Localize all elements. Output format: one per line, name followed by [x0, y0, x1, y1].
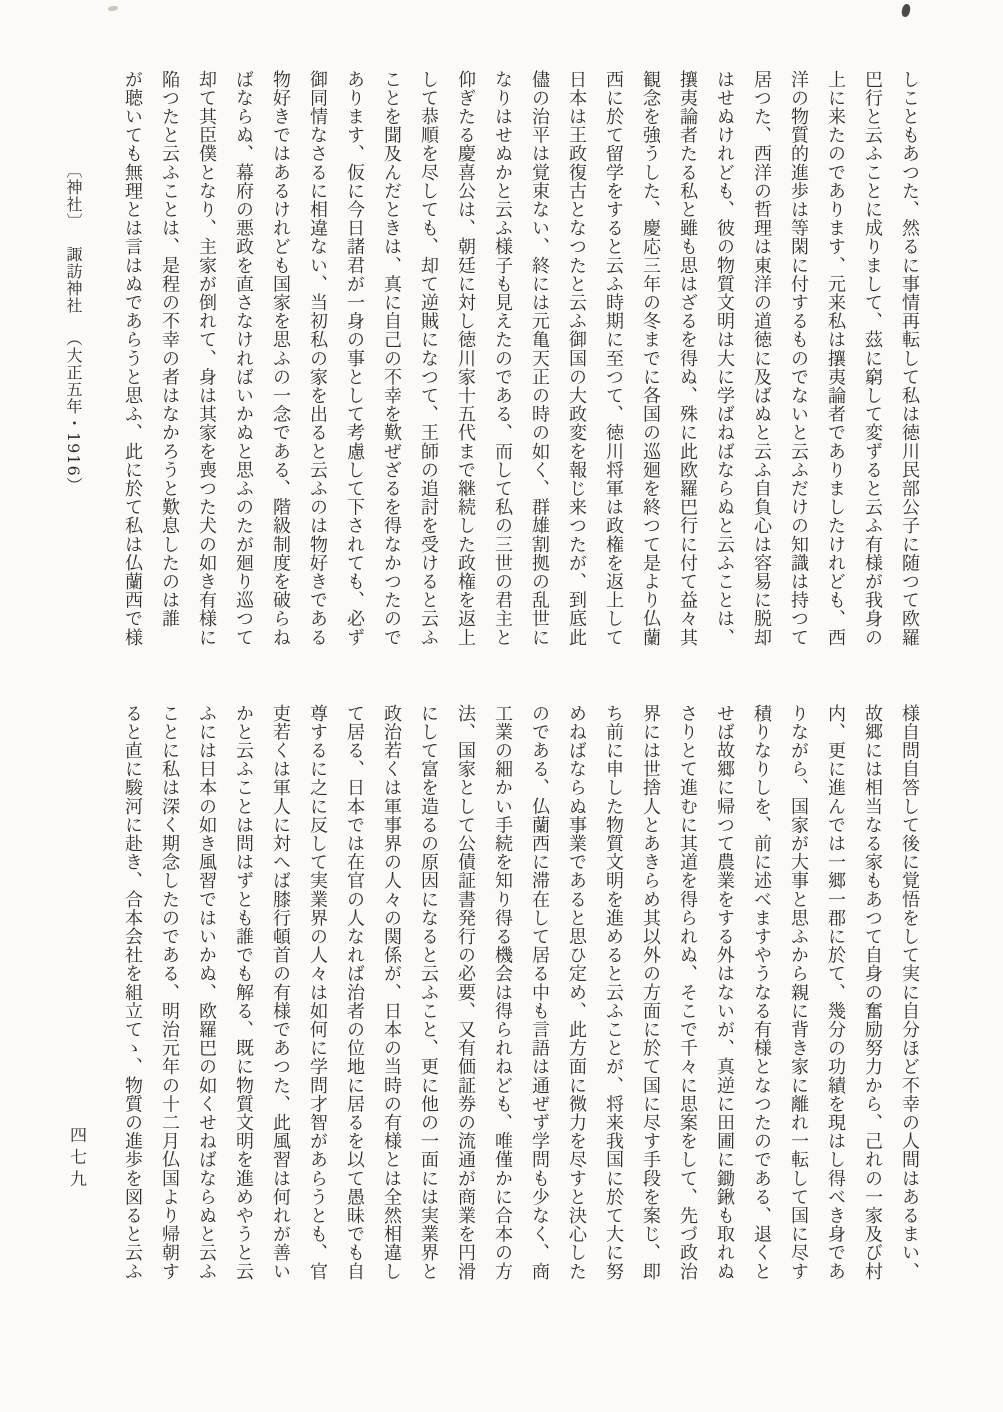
text-column: ことを聞及んだときは、真に自己の不幸を歎ぜざるを得なかつたので	[373, 70, 410, 668]
text-column: 界には世捨人とあきらめ其以外の方面に於て国に尽す手段を案じ、即	[632, 704, 669, 1302]
text-column: 工業の細かい手続を知り得る機会は得られねども、唯僅かに合本の方	[484, 704, 521, 1302]
text-column: 巴行と云ふことに成りまして、茲に窮して変ずると云ふ有様が我身の	[854, 70, 891, 668]
text-column: せば故郷に帰つて農業をする外はないが、真逆に田圃に鋤鍬も取れぬ	[706, 704, 743, 1302]
text-column: 陥つたと云ふことは、是程の不幸の者はなかろうと歎息したのは誰	[151, 70, 188, 668]
text-column: 居つた、西洋の哲理は東洋の道徳に及ばぬと云ふ自負心は容易に脱却	[743, 70, 780, 668]
text-column: めねばならぬ事業であると思ひ定め、此方面に微力を尽すと決心した	[558, 704, 595, 1302]
text-column: あります、仮に今日諸君が一身の事として考慮して下されても、必ず	[336, 70, 373, 668]
text-column: 洋の物質的進歩は等閑に付するものでないと云ふだけの知識は持つて	[780, 70, 817, 668]
text-column: 儘の治平は覚束ない、終には元亀天正の時の如く、群雄割拠の乱世に	[521, 70, 558, 668]
text-column: て居る、日本では在官の人なれば治者の位地に居るを以て愚昧でも自	[336, 704, 373, 1302]
top-text-block: しこともあつた、然るに事情再転して私は徳川民部公子に随つて欧羅 巴行と云ふことに…	[114, 70, 928, 668]
text-column: ふには日本の如き風習ではいかぬ、欧羅巴の如くせねばならぬと云ふ	[188, 704, 225, 1302]
text-column: さりとて進むに其道を得られぬ、そこで千々に思案をして、先づ政治	[669, 704, 706, 1302]
text-column: 吏若くは軍人に対へば膝行頓首の有様であつた、此風習は何れが善い	[262, 704, 299, 1302]
bottom-text-block: 様自問自答して後に覚悟をして実に自分ほど不幸の人間はあるまい、 故郷には相当なる…	[114, 704, 928, 1302]
text-column: りながら、国家が大事と思ふから親に背き家に離れ一転して国に尽す	[780, 704, 817, 1302]
text-column: 内、更に進んでは一郷一郡に於て、幾分の功績を現はし得べき身であ	[817, 704, 854, 1302]
scan-speck	[108, 5, 119, 11]
text-column: 観念を強うした、慶応三年の冬までに各国の巡廻を終つて是より仏蘭	[632, 70, 669, 668]
text-column: ち前に申した物質文明を進めると云ふことが、将来我国に於て大に努	[595, 704, 632, 1302]
text-column: 様自問自答して後に覚悟をして実に自分ほど不幸の人間はあるまい、	[891, 704, 928, 1302]
text-column: 法、国家として公債証書発行の必要、又有価証券の流通が商業を円滑	[447, 704, 484, 1302]
text-column: 積りなりしを、前に述べますやうなる有様となつたのである、退くと	[743, 704, 780, 1302]
text-column: ると直に駿河に赴き、合本会社を組立てゝ、物質の進歩を図ると云ふ	[114, 704, 151, 1302]
section-title: 諏訪神社	[64, 246, 83, 314]
text-column: 御同情なさるに相違ない、当初私の家を出ると云ふのは物好きである	[299, 70, 336, 668]
text-column: はせぬけれども、彼の物質文明は大に学ばねばならぬと云ふことは、	[706, 70, 743, 668]
text-column: 西に於て留学をすると云ふ時期に至つて、徳川将軍は政権を返上して	[595, 70, 632, 668]
section-note: 〔神社〕諏訪神社（大正五年・1916）	[62, 162, 85, 494]
text-column: 尊するに之に反して実業界の人々は如何に学問才智があらうとも、官	[299, 704, 336, 1302]
text-column: 仰ぎたる慶喜公は、朝廷に対し徳川家十五代まで継続した政権を返上	[447, 70, 484, 668]
text-column: ことに私は深く期念したのである、明治元年の十二月仏国より帰朝す	[151, 704, 188, 1302]
text-column: なりはせぬかと云ふ様子も見えたのである、而して私の三世の君主と	[484, 70, 521, 668]
text-column: が聴いても無理とは言はぬであらうと思ふ、此に於て私は仏蘭西で様	[114, 70, 151, 668]
text-column: 上に来たのであります、元来私は攘夷論者でありましたけれども、西	[817, 70, 854, 668]
page-number: 四七九	[64, 1126, 89, 1192]
text-column: しこともあつた、然るに事情再転して私は徳川民部公子に随つて欧羅	[891, 70, 928, 668]
text-column: 物好きではあるけれども国家を思ふの一念である、階級制度を破らね	[262, 70, 299, 668]
text-column: して恭順を尽しても、却て逆賊になつて、王師の追討を受けると云ふ	[410, 70, 447, 668]
text-column: 却て其臣僕となり、主家が倒れて、身は其家を喪つた犬の如き有様に	[188, 70, 225, 668]
text-column: 日本は王政復古となつたと云ふ御国の大政変を報じ来つたが、到底此	[558, 70, 595, 668]
section-category: 〔神社〕	[64, 162, 83, 230]
text-column: 故郷には相当なる家もあつて自身の奮励努力から、己れの一家及び村	[854, 704, 891, 1302]
section-date: （大正五年・1916）	[64, 330, 83, 494]
text-column: 攘夷論者たる私と雖も思はざるを得ぬ、殊に此欧羅巴行に付て益々其	[669, 70, 706, 668]
text-column: にして富を造るの原因になると云ふこと、更に他の一面には実業界と	[410, 704, 447, 1302]
scan-speck	[901, 3, 912, 17]
text-column: かと云ふことは問はずとも誰でも解る、既に物質文明を進めやうと云	[225, 704, 262, 1302]
text-column: ばならぬ、幕府の悪政を直さなければいかぬと思ふのたが廻り巡つて	[225, 70, 262, 668]
text-column: 政治若くは軍事界の人々の関係が、日本の当時の有様とは全然相違し	[373, 704, 410, 1302]
text-column: のである、仏蘭西に滞在して居る中も言語は通ぜず学問も少なく、商	[521, 704, 558, 1302]
